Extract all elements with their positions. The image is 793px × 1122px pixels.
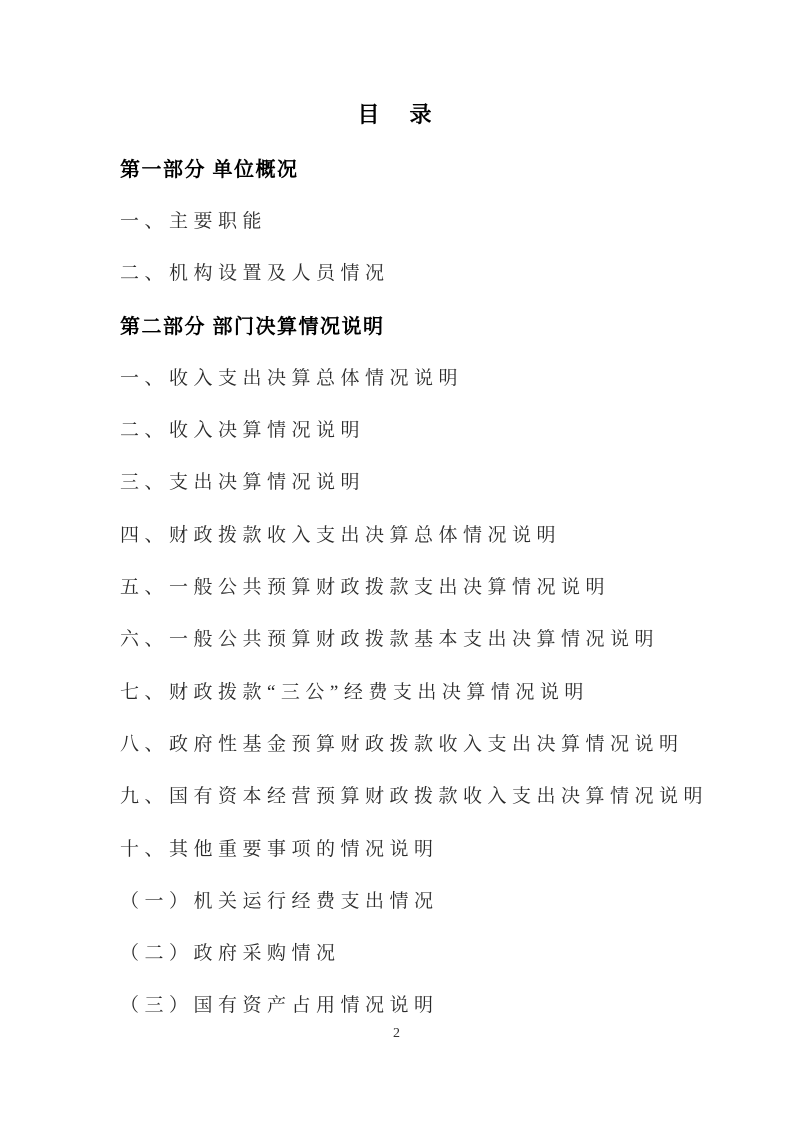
toc-item: 八、政府性基金预算财政拨款收入支出决算情况说明 [120,716,753,768]
page-title: 目 录 [0,98,793,129]
toc-item: 九、国有资本经营预算财政拨款收入支出决算情况说明 [120,769,753,821]
toc-item: （三）国有资产占用情况说明 [120,978,753,1030]
document-page: 目 录 第一部分 单位概况 一、主要职能 二、机构设置及人员情况 第二部分 部门… [0,0,793,1122]
toc-item: 三、支出决算情况说明 [120,455,753,507]
toc-item: 六、一般公共预算财政拨款基本支出决算情况说明 [120,612,753,664]
toc-section-heading-2: 第二部分 部门决算情况说明 [120,298,753,350]
toc-item: 二、收入决算情况说明 [120,402,753,454]
table-of-contents: 第一部分 单位概况 一、主要职能 二、机构设置及人员情况 第二部分 部门决算情况… [120,141,753,1030]
toc-item: 七、财政拨款“三公”经费支出决算情况说明 [120,664,753,716]
page-number: 2 [0,1026,793,1042]
toc-section-heading-1: 第一部分 单位概况 [120,141,753,193]
toc-item: 四、财政拨款收入支出决算总体情况说明 [120,507,753,559]
toc-item: 十、其他重要事项的情况说明 [120,821,753,873]
toc-item: （一）机关运行经费支出情况 [120,873,753,925]
toc-item: 五、一般公共预算财政拨款支出决算情况说明 [120,559,753,611]
toc-item: 二、机构设置及人员情况 [120,246,753,298]
toc-item: 一、收入支出决算总体情况说明 [120,350,753,402]
toc-item: 一、主要职能 [120,193,753,245]
toc-item: （二）政府采购情况 [120,925,753,977]
